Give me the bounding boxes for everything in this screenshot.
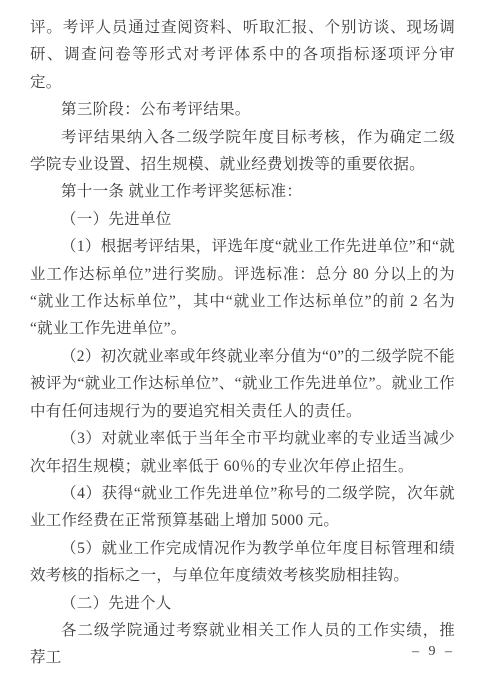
paragraph-item-3: （3）对就业率低于当年全市平均就业率的专业适当减少次年招生规模；就业率低于 60… bbox=[30, 425, 455, 480]
paragraph-article-11: 第十一条 就业工作考评奖惩标准： bbox=[30, 178, 455, 205]
paragraph-section-2-title: （二）先进个人 bbox=[30, 590, 455, 617]
paragraph-section-2-body: 各二级学院通过考察就业相关工作人员的工作实绩，推荐工 bbox=[30, 617, 455, 672]
document-page: { "page": { "background_color": "#ffffff… bbox=[0, 0, 483, 678]
paragraph-item-5: （5）就业工作完成情况作为教学单位年度目标管理和绩效考核的指标之一，与单位年度绩… bbox=[30, 535, 455, 590]
page-number: – 9 – bbox=[412, 644, 455, 660]
paragraph-item-2: （2）初次就业率或年终就业率分值为“0”的二级学院不能被评为“就业工作达标单位”… bbox=[30, 343, 455, 425]
document-body: 评。考评人员通过查阅资料、听取汇报、个别访谈、现场调研、调查问卷等形式对考评体系… bbox=[30, 14, 455, 672]
paragraph-continuation: 评。考评人员通过查阅资料、听取汇报、个别访谈、现场调研、调查问卷等形式对考评体系… bbox=[30, 14, 455, 96]
paragraph-stage-three: 第三阶段：公布考评结果。 bbox=[30, 96, 455, 123]
paragraph-item-4: （4）获得“就业工作先进单位”称号的二级学院，次年就业工作经费在正常预算基础上增… bbox=[30, 480, 455, 535]
paragraph-section-1-title: （一）先进单位 bbox=[30, 206, 455, 233]
paragraph-item-1: （1）根据考评结果，评选年度“就业工作先进单位”和“就业工作达标单位”进行奖励。… bbox=[30, 233, 455, 343]
paragraph-result-usage: 考评结果纳入各二级学院年度目标考核，作为确定二级学院专业设置、招生规模、就业经费… bbox=[30, 124, 455, 179]
